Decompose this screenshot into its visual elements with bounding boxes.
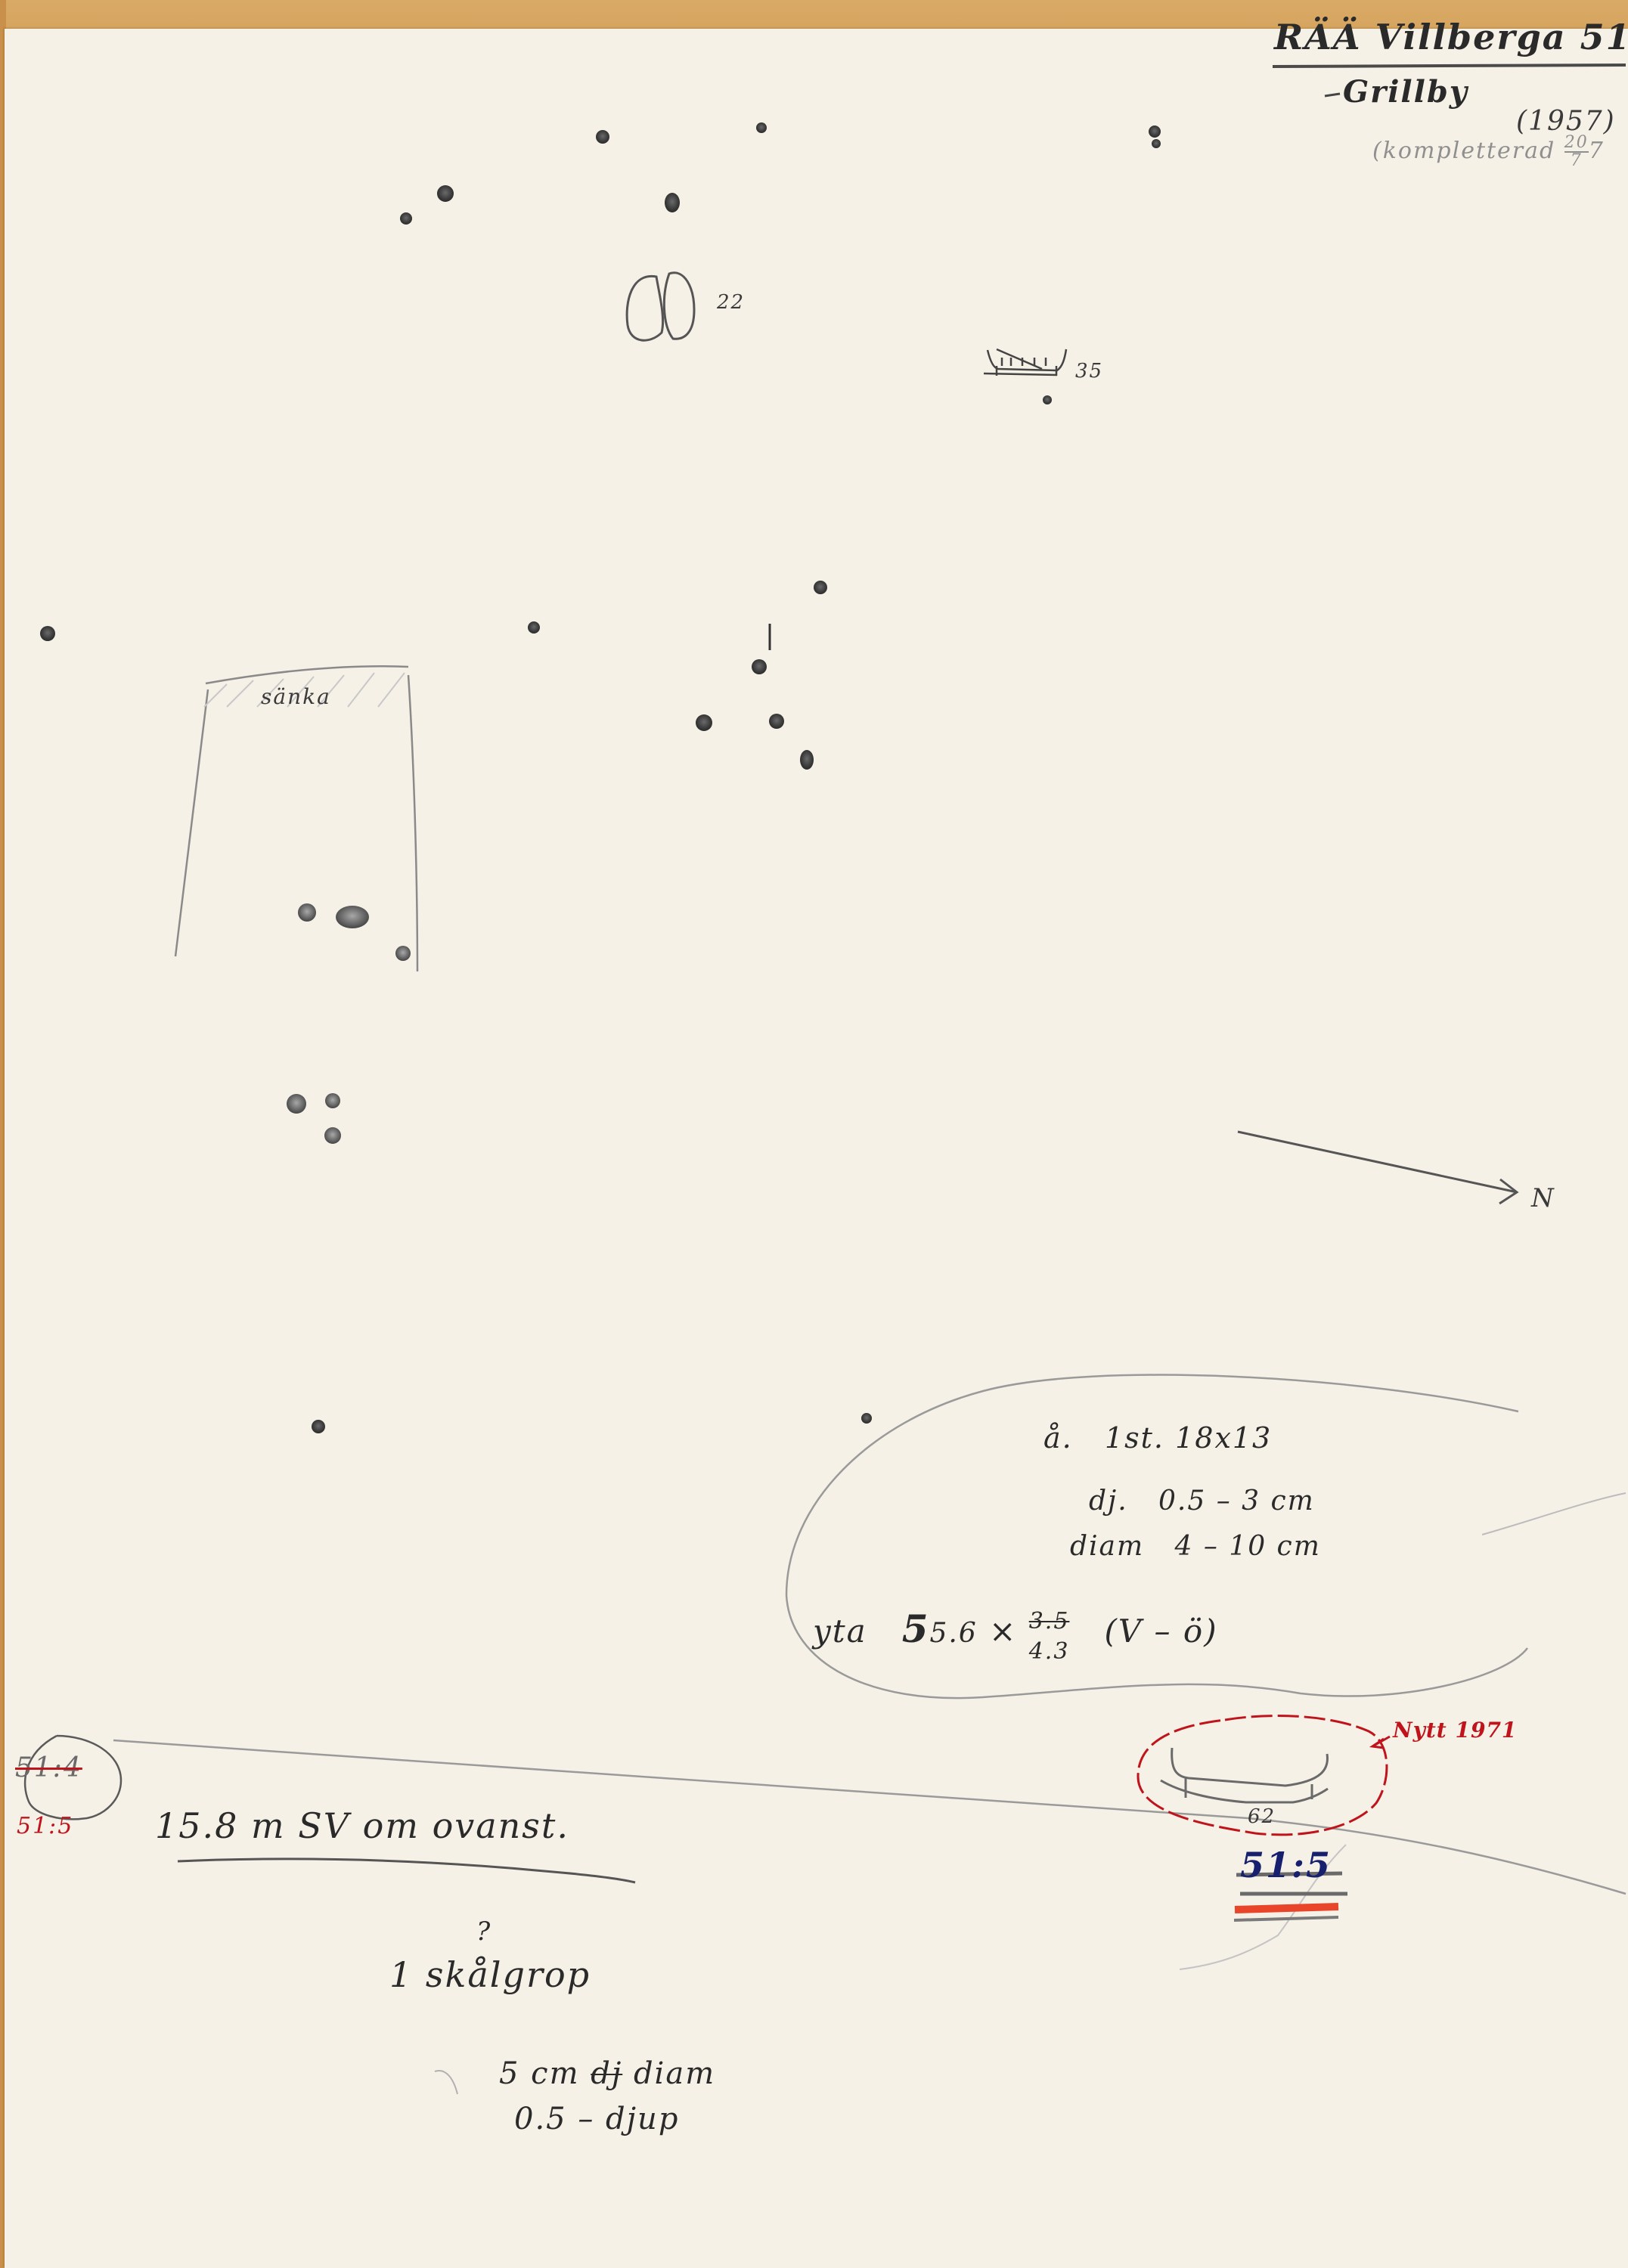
- location-note: 15.8 m SV om ovanst.: [155, 1805, 569, 1846]
- find-count-question: ?: [476, 1916, 492, 1947]
- surface-width: 5.6: [930, 1618, 978, 1649]
- supplement-note: (kompletterad 20 7 7: [1372, 135, 1605, 169]
- find-count: 1 skålgrop: [389, 1954, 591, 1995]
- locality: Grillby: [1343, 74, 1468, 110]
- site-id: RÄÄ Villberga 51:3: [1274, 17, 1628, 57]
- surface-orientation: (V – ö): [1104, 1613, 1217, 1650]
- measurements-surface: yta 55.6 × 3.5 4.3 (V – ö): [813, 1606, 1218, 1667]
- site-id-prefix: RÄÄ Villberga 51:: [1274, 17, 1628, 57]
- supplement-note-text: (kompletterad: [1372, 138, 1555, 164]
- find-detail-line2: 0.5 – djup: [514, 2102, 679, 2136]
- supplement-date: 20 7: [1564, 135, 1589, 169]
- find-detail-line1: 5 cm dj diam: [499, 2056, 715, 2091]
- survey-year: (1957): [1516, 106, 1616, 137]
- ship-lower-label: 62: [1248, 1805, 1276, 1828]
- old-site-id: 51:4: [15, 1752, 82, 1783]
- surface-width-corrected: 5: [902, 1606, 930, 1651]
- new-site-id-blue: 51:5: [1240, 1845, 1332, 1885]
- measurements-line-depth: dj. 0.5 – 3 cm: [1089, 1486, 1315, 1517]
- north-label: N: [1531, 1183, 1555, 1213]
- footsoles-label: 22: [717, 291, 745, 314]
- survey-sheet: [5, 29, 1628, 2268]
- measurements-line-count: å. 1st. 18x13: [1043, 1421, 1272, 1455]
- measurements-line-diameter: diam 4 – 10 cm: [1070, 1531, 1321, 1562]
- ship-upper-label: 35: [1075, 360, 1103, 383]
- new-find-note: Nytt 1971: [1393, 1718, 1517, 1743]
- surface-height: 3.5 4.3: [1029, 1606, 1070, 1667]
- new-site-id-red: 51:5: [17, 1813, 73, 1839]
- depression-label: sänka: [261, 684, 331, 709]
